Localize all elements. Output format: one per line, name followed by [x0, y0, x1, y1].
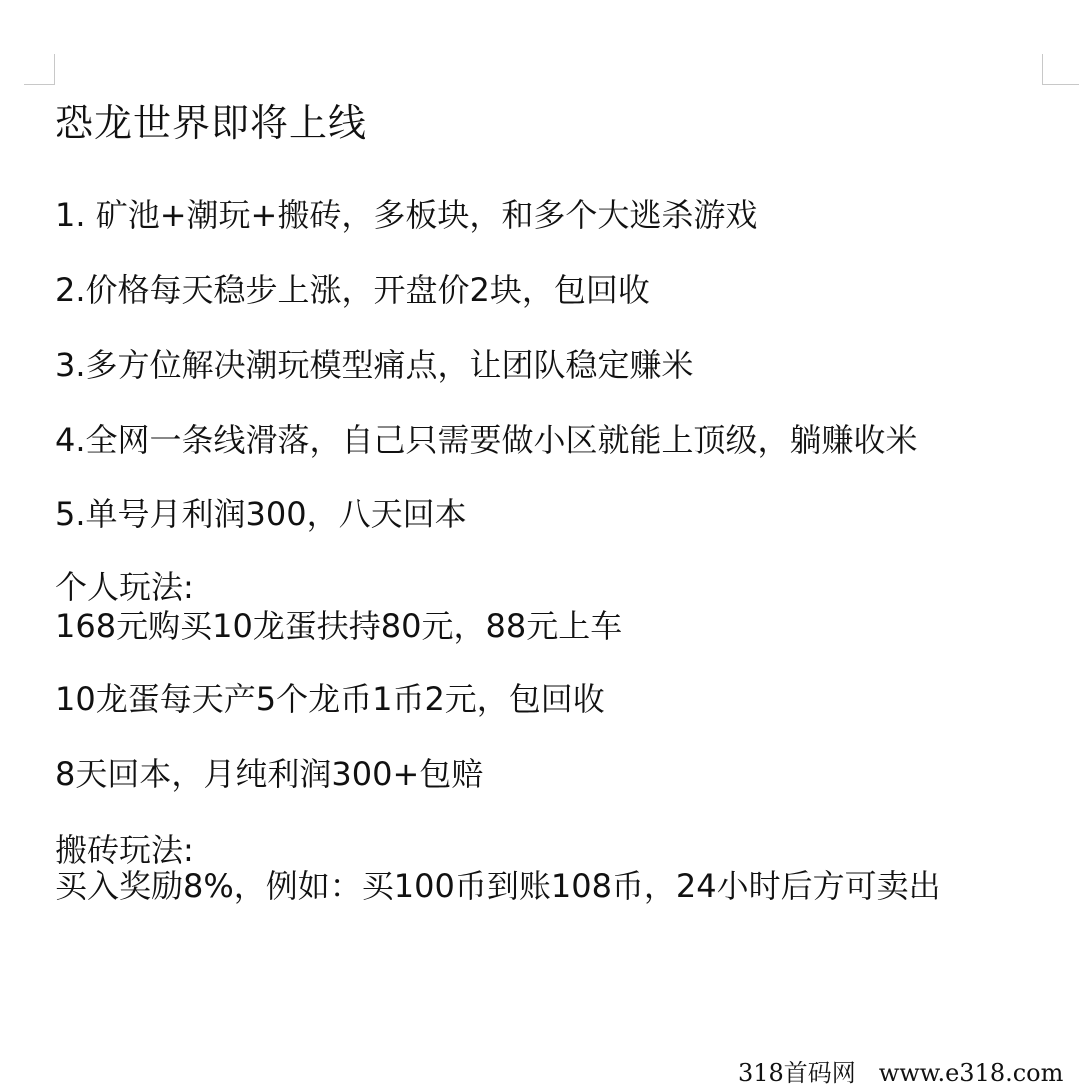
watermark: 318首码网 www.e318.com [738, 1058, 1063, 1088]
page-corner-mark-top-right [1042, 54, 1079, 85]
point-4: 4.全网一条线滑落，自己只需要做小区就能上顶级，躺赚收米 [55, 420, 918, 460]
brick-play-line-1: 买入奖励8%，例如：买100币到账108币，24小时后方可卖出 [55, 866, 941, 906]
point-5: 5.单号月利润300，八天回本 [55, 494, 467, 534]
page-corner-mark-top-left [24, 54, 55, 85]
point-2: 2.价格每天稳步上涨，开盘价2块，包回收 [55, 270, 650, 310]
document-title: 恐龙世界即将上线 [55, 98, 367, 148]
personal-play-line-2: 10龙蛋每天产5个龙币1币2元，包回收 [55, 679, 605, 719]
point-3: 3.多方位解决潮玩模型痛点，让团队稳定赚米 [55, 345, 694, 385]
personal-play-line-3: 8天回本，月纯利润300+包赔 [55, 754, 483, 794]
point-1: 1. 矿池+潮玩+搬砖，多板块，和多个大逃杀游戏 [55, 195, 757, 235]
personal-play-heading: 个人玩法: [55, 567, 194, 607]
personal-play-line-1: 168元购买10龙蛋扶持80元，88元上车 [55, 606, 622, 646]
brick-play-heading: 搬砖玩法: [55, 830, 194, 870]
